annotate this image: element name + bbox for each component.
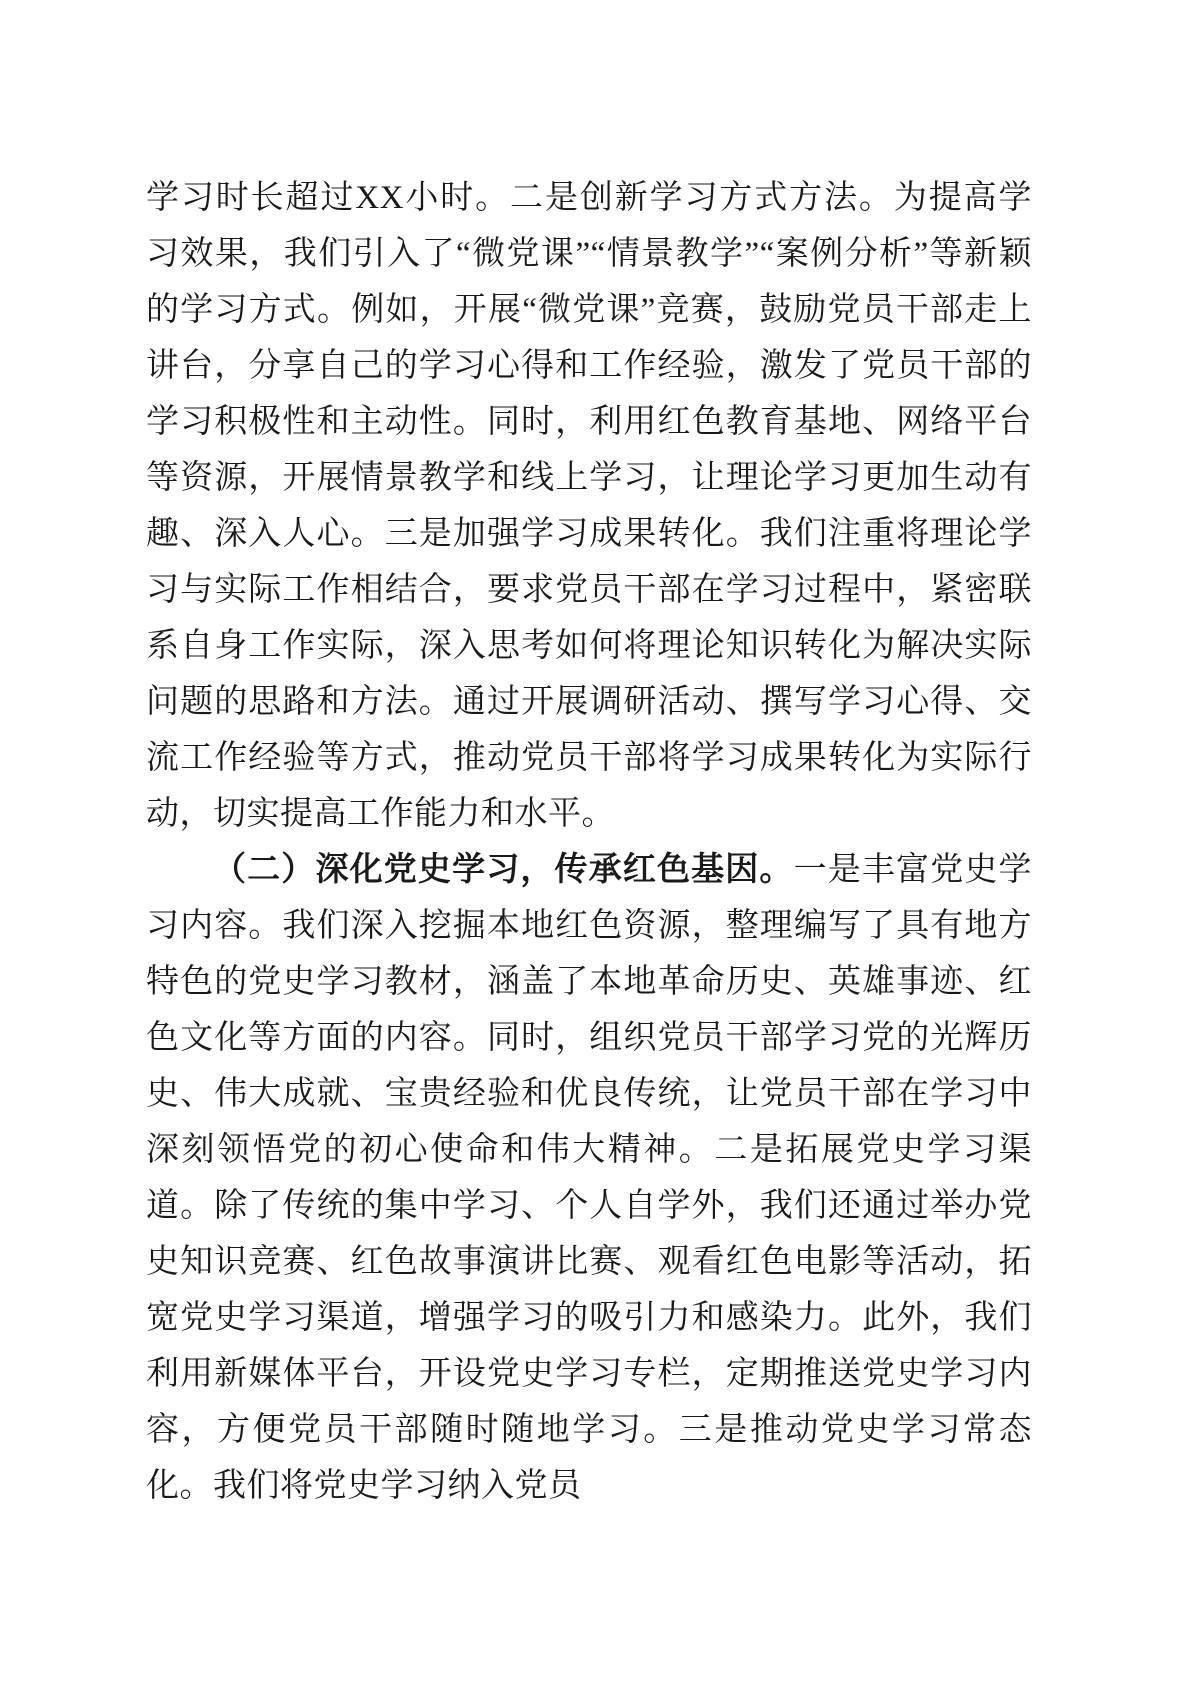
section-heading-run: （二）深化党史学习，传承红色基因。 [213,852,794,888]
paragraph-section-two: （二）深化党史学习，传承红色基因。一是丰富党史学习内容。我们深入挖掘本地红色资源… [146,842,1032,1514]
document-body: 学习时长超过XX小时。二是创新学习方式方法。为提高学习效果，我们引入了“微党课”… [146,170,1032,1514]
document-page: 学习时长超过XX小时。二是创新学习方式方法。为提高学习效果，我们引入了“微党课”… [0,0,1190,1683]
body-text-run: 一是丰富党史学习内容。我们深入挖掘本地红色资源，整理编写了具有地方特色的党史学习… [146,852,1032,1504]
paragraph-continuation: 学习时长超过XX小时。二是创新学习方式方法。为提高学习效果，我们引入了“微党课”… [146,170,1032,842]
body-text-run: 学习时长超过XX小时。二是创新学习方式方法。为提高学习效果，我们引入了“微党课”… [146,180,1032,832]
